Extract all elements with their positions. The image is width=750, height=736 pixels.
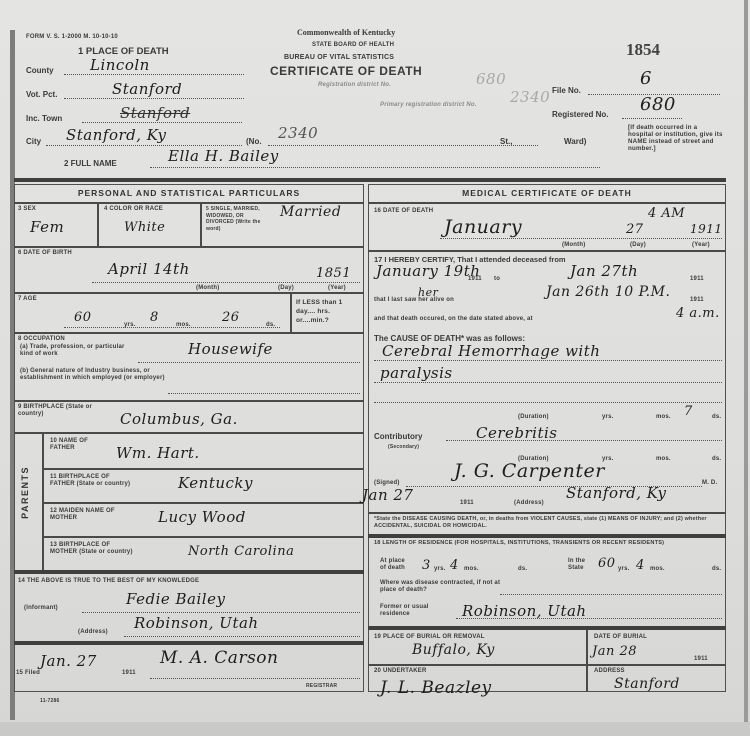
at-place-yrs-label: yrs. <box>434 566 445 572</box>
secondary-label: (Secondary) <box>388 444 419 450</box>
vot-pct-value[interactable]: Stanford <box>112 80 182 98</box>
registered-no-line <box>622 118 682 119</box>
dob-year[interactable]: 1851 <box>316 266 351 281</box>
occurred-value[interactable]: 4 a.m. <box>676 306 720 321</box>
divider <box>97 202 99 246</box>
divider <box>290 292 292 332</box>
date-of-death-time[interactable]: 4 AM <box>648 206 685 221</box>
filed-year: 1911 <box>122 670 136 676</box>
registrar-label: REGISTRAR <box>306 683 337 689</box>
birthplace-value[interactable]: Columbus, Ga. <box>120 410 238 428</box>
hospital-note: [If death occurred in a hospital or inst… <box>628 124 724 152</box>
date-of-death-label: 16 DATE OF DEATH <box>374 208 433 214</box>
sex-value[interactable]: Fem <box>30 218 64 236</box>
city-label: City <box>26 137 41 146</box>
attended-from-year: 1911 <box>468 276 482 282</box>
inc-town-label: Inc. Town <box>26 114 62 123</box>
at-place-label: At place of death <box>380 558 412 572</box>
contributory-label: Contributory <box>374 432 422 441</box>
burial-place-value[interactable]: Buffalo, Ky <box>412 642 495 658</box>
divider <box>368 512 726 514</box>
cause-duration-days[interactable]: 7 <box>684 404 693 419</box>
signed-date[interactable]: Jan 27 <box>362 486 413 504</box>
burial-year: 1911 <box>694 656 708 662</box>
date-of-death-line <box>440 238 722 239</box>
dod-day-label: (Day) <box>630 242 646 248</box>
divider <box>368 534 726 538</box>
file-no-value[interactable]: 6 <box>640 68 652 89</box>
age-label: 7 AGE <box>18 296 37 302</box>
divider <box>586 630 588 692</box>
physician-address-label: (Address) <box>514 500 544 506</box>
dod-year-label: (Year) <box>692 242 710 248</box>
informant-address-line <box>124 636 360 637</box>
ward-label: Ward) <box>564 137 586 146</box>
primary-reg-label: Primary registration district No. <box>380 102 477 108</box>
burial-date-value[interactable]: Jan 28 <box>592 644 637 659</box>
burial-place-label: 19 PLACE OF BURIAL OR REMOVAL <box>374 634 485 640</box>
informant-address-label: (Address) <box>78 629 108 635</box>
age-days[interactable]: 26 <box>222 310 240 325</box>
divider <box>14 332 364 334</box>
header-divider <box>14 178 726 182</box>
less-than-day-label: If LESS than 1 day.... hrs. or....min.? <box>296 298 362 325</box>
state-board-title: STATE BOARD OF HEALTH <box>312 42 394 48</box>
attended-from[interactable]: January 19th <box>376 262 480 280</box>
registered-no-value[interactable]: 680 <box>640 94 676 115</box>
contracted-line <box>500 594 722 595</box>
bureau-title: BUREAU OF VITAL STATISTICS <box>284 54 394 61</box>
mos-label: mos. <box>176 322 191 328</box>
duration-ds-label: ds. <box>712 414 721 420</box>
mother-birthplace-label: 13 BIRTHPLACE OF MOTHER (State or countr… <box>50 542 136 556</box>
cause-footnote: *State the DISEASE CAUSING DEATH, or, in… <box>374 516 724 530</box>
age-months[interactable]: 8 <box>150 310 159 325</box>
last-saw-label: that I last saw her alive on <box>374 297 454 303</box>
county-label: County <box>26 66 54 75</box>
undertaker-address-label: ADDRESS <box>594 668 625 674</box>
marital-label: 5 SINGLE, MARRIED, WIDOWED, OR DIVORCED … <box>206 206 268 232</box>
in-state-months[interactable]: 4 <box>636 558 645 573</box>
informant-value[interactable]: Fedie Bailey <box>126 590 225 608</box>
undertaker-label: 20 UNDERTAKER <box>374 668 427 674</box>
ds-label: ds. <box>266 322 275 328</box>
divider <box>14 400 364 402</box>
duration-yrs-label: yrs. <box>602 414 613 420</box>
occupation-label: 8 OCCUPATION <box>18 336 65 342</box>
occurred-label: and that death occured, on the date stat… <box>374 316 533 322</box>
divider <box>368 250 726 252</box>
md-label: M. D. <box>702 480 717 486</box>
occupation-a-line <box>138 362 360 363</box>
attended-to[interactable]: Jan 27th <box>570 262 638 280</box>
burial-date-label: DATE OF BURIAL <box>594 634 647 640</box>
county-line <box>64 74 244 75</box>
month-label: (Month) <box>196 285 219 291</box>
contracted-label: Where was disease contracted, if not at … <box>380 580 510 594</box>
divider <box>42 468 364 470</box>
divider <box>368 664 726 666</box>
cause-dots-2 <box>374 382 722 383</box>
at-place-ds-label: ds. <box>518 566 527 572</box>
divider <box>14 570 364 574</box>
parents-label: PARENTS <box>20 466 30 519</box>
informant-address-value[interactable]: Robinson, Utah <box>134 614 259 632</box>
yrs-label: yrs. <box>124 322 135 328</box>
birthplace-label: 9 BIRTHPLACE (State or country) <box>18 404 108 418</box>
full-name-value[interactable]: Ella H. Bailey <box>168 147 279 165</box>
signed-year: 1911 <box>460 500 474 506</box>
cause-dots-1 <box>374 360 722 361</box>
date-of-death-month[interactable]: January <box>444 216 522 238</box>
divider <box>368 626 726 630</box>
informant-label: (Informant) <box>24 605 58 611</box>
in-state-yrs-label: yrs. <box>618 566 629 572</box>
bottom-edge <box>0 722 750 736</box>
divider <box>368 202 726 204</box>
commonwealth-title: Commonwealth of Kentucky <box>297 28 395 37</box>
date-of-death-year[interactable]: 1911 <box>690 222 723 236</box>
reg-district-label: Registration district No. <box>318 82 391 88</box>
vot-pct-label: Vot. Pct. <box>26 90 57 99</box>
dob-line <box>92 282 360 283</box>
physician-address-value[interactable]: Stanford, Ky <box>566 484 667 502</box>
race-label: 4 COLOR OR RACE <box>104 206 163 212</box>
informant-heading: 14 THE ABOVE IS TRUE TO THE BEST OF MY K… <box>18 578 199 584</box>
last-saw-who[interactable]: her <box>418 286 438 299</box>
medical-heading: MEDICAL CERTIFICATE OF DEATH <box>368 188 726 198</box>
at-place-months[interactable]: 4 <box>450 558 459 573</box>
at-place-years[interactable]: 3 <box>422 558 431 573</box>
cause-line-1[interactable]: Cerebral Hemorrhage with <box>382 342 600 360</box>
last-saw-value[interactable]: Jan 26th 10 P.M. <box>546 284 670 300</box>
full-name-label: 2 FULL NAME <box>64 159 117 168</box>
occupation-a-label: (a) Trade, profession, or particular kin… <box>20 344 138 358</box>
occupation-a-value[interactable]: Housewife <box>188 340 273 358</box>
former-residence-label: Former or usual residence <box>380 604 436 618</box>
in-state-label: In the State <box>568 558 602 572</box>
registrar-line <box>150 678 360 679</box>
divider <box>14 641 364 645</box>
street-no-value[interactable]: 2340 <box>278 124 318 142</box>
primary-reg-value[interactable]: 2340 <box>510 88 550 106</box>
stamp-number: 1854 <box>626 40 660 60</box>
age-years[interactable]: 60 <box>74 310 92 325</box>
in-state-ds-label: ds. <box>712 566 721 572</box>
father-name-value[interactable]: Wm. Hart. <box>116 444 200 462</box>
footer-code: 11-7286 <box>40 698 59 704</box>
death-certificate: FORM V. S. 1-2000 M. 10-10-10 1 PLACE OF… <box>0 0 750 736</box>
father-birthplace-label: 11 BIRTHPLACE OF FATHER (State or countr… <box>50 474 136 488</box>
dod-month-label: (Month) <box>562 242 585 248</box>
sex-label: 3 SEX <box>18 206 36 212</box>
cause-dots-3 <box>374 402 722 403</box>
st-label: St., <box>500 137 512 146</box>
undertaker-signature[interactable]: J. L. Beazley <box>380 678 492 698</box>
date-of-death-day[interactable]: 27 <box>626 222 644 237</box>
personal-heading: PERSONAL AND STATISTICAL PARTICULARS <box>14 188 364 198</box>
mother-birthplace-value[interactable]: North Carolina <box>188 544 294 559</box>
duration-mos-label: mos. <box>656 414 671 420</box>
city-value[interactable]: Stanford, Ky <box>66 126 167 144</box>
registrar-signature[interactable]: M. A. Carson <box>160 648 278 668</box>
in-state-mos-label: mos. <box>650 566 665 572</box>
county-value[interactable]: Lincoln <box>90 56 150 74</box>
filed-date[interactable]: Jan. 27 <box>40 652 97 670</box>
father-name-label: 10 NAME OF FATHER <box>50 438 110 452</box>
dob-label: 6 DATE OF BIRTH <box>18 250 72 256</box>
divider <box>42 502 364 504</box>
last-saw-year: 1911 <box>690 297 704 303</box>
duration-label: (Duration) <box>518 414 549 420</box>
reg-district-value[interactable]: 680 <box>476 70 506 88</box>
right-margin-bar <box>744 0 748 736</box>
occupation-b-line <box>168 393 360 394</box>
inc-town-line <box>82 122 242 123</box>
divider <box>14 292 364 294</box>
divider <box>14 246 364 248</box>
divider <box>42 536 364 538</box>
age-line <box>64 327 280 328</box>
street-no-label: (No. <box>246 137 262 146</box>
registered-no-label: Registered No. <box>552 110 608 119</box>
mother-name-value[interactable]: Lucy Wood <box>158 508 246 526</box>
residence-heading: 18 LENGTH OF RESIDENCE (FOR HOSPITALS, I… <box>374 540 724 547</box>
inc-town-value[interactable]: Stanford <box>120 104 190 122</box>
divider <box>42 432 44 570</box>
former-residence-value[interactable]: Robinson, Utah <box>462 602 587 620</box>
vot-pct-line <box>64 98 244 99</box>
duration-mos-label-2: mos. <box>656 456 671 462</box>
at-place-mos-label: mos. <box>464 566 479 572</box>
occupation-b-label: (b) General nature of Industry business,… <box>20 368 170 382</box>
cause-line-2[interactable]: paralysis <box>380 364 453 382</box>
undertaker-address-value[interactable]: Stanford <box>614 676 680 692</box>
physician-signature[interactable]: J. G. Carpenter <box>454 460 605 482</box>
filed-label: 15 Filed <box>16 670 40 676</box>
informant-line <box>82 612 360 613</box>
form-code: FORM V. S. 1-2000 M. 10-10-10 <box>26 34 118 40</box>
mother-name-label: 12 MAIDEN NAME OF MOTHER <box>50 508 136 522</box>
day-label: (Day) <box>278 285 294 291</box>
divider <box>14 432 364 434</box>
city-line <box>46 145 242 146</box>
duration-ds-label-2: ds. <box>712 456 721 462</box>
divider <box>200 202 202 246</box>
father-birthplace-value[interactable]: Kentucky <box>178 474 253 492</box>
full-name-line <box>150 167 600 168</box>
certificate-title: CERTIFICATE OF DEATH <box>270 64 422 78</box>
to-label: to <box>494 276 500 282</box>
file-no-label: File No. <box>552 86 581 95</box>
year-label: (Year) <box>328 285 346 291</box>
street-line <box>268 145 538 146</box>
in-state-years[interactable]: 60 <box>598 556 616 571</box>
marital-value[interactable]: Married <box>280 204 341 220</box>
contributory-value[interactable]: Cerebritis <box>476 424 558 442</box>
dob-value[interactable]: April 14th <box>108 260 190 278</box>
attended-to-year: 1911 <box>690 276 704 282</box>
race-value[interactable]: White <box>124 220 165 235</box>
